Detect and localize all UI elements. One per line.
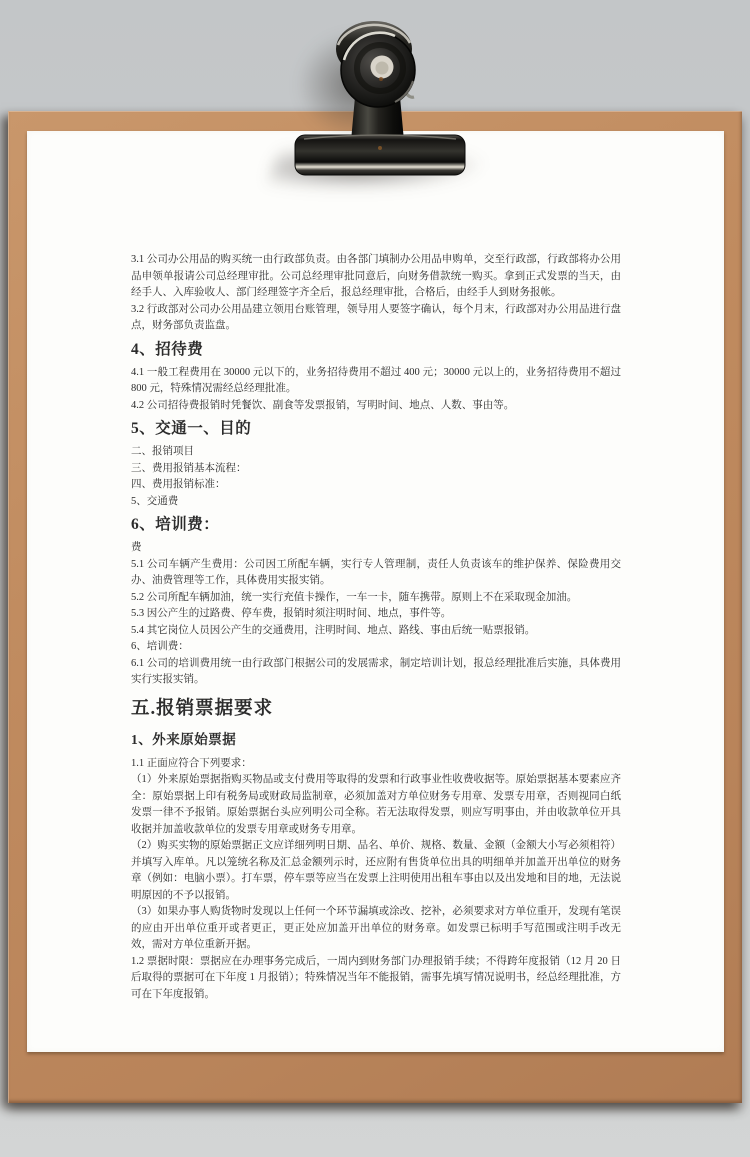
list-item: 三、费用报销基本流程： bbox=[131, 461, 621, 478]
section-heading-6: 6、培训费： bbox=[131, 514, 621, 536]
paragraph-item-3: （3）如果办事人购货物时发现以上任何一个环节漏填或涂改、挖补，必须要求对方单位重… bbox=[131, 904, 621, 954]
paragraph-6-1: 6.1 公司的培训费用统一由行政部门根据公司的发展需求，制定培训计划，报总经理批… bbox=[131, 656, 621, 689]
paragraph-1-2: 1.2 票据时限：票据应在办理事务完成后，一周内到财务部门办理报销手续；不得跨年… bbox=[131, 954, 621, 1004]
clip-bar bbox=[295, 135, 465, 175]
paragraph-3-2: 3.2 行政部对公司办公用品建立领用台账管理，领导用人要签字确认，每个月末，行政… bbox=[131, 302, 621, 335]
paragraph-5-4: 5.4 其它岗位人员因公产生的交通费用，注明时间、地点、路线、事由后统一贴票报销… bbox=[131, 623, 621, 640]
clipboard: 3.1 公司办公用品的购买统一由行政部负责。由各部门填制办公用品申购单，交至行政… bbox=[8, 111, 742, 1103]
paragraph-6: 6、培训费： bbox=[131, 639, 621, 656]
paragraph-item-2: （2）购买实物的原始票据正文应详细列明日期、品名、单价、规格、数量、金额（金额大… bbox=[131, 838, 621, 904]
paper-document: 3.1 公司办公用品的购买统一由行政部负责。由各部门填制办公用品申购单，交至行政… bbox=[27, 131, 724, 1052]
list-item: 5、交通费 bbox=[131, 494, 621, 511]
section-heading-5: 5、交通一、目的 bbox=[131, 418, 621, 440]
document-content: 3.1 公司办公用品的购买统一由行政部负责。由各部门填制办公用品申购单，交至行政… bbox=[131, 252, 621, 1042]
paragraph-4-1: 4.1 一般工程费用在 30000 元以下的，业务招待费用不超过 400 元；3… bbox=[131, 365, 621, 398]
paragraph-item-1: （1）外来原始票据指购买物品或支付费用等取得的发票和行政事业性收费收据等。原始票… bbox=[131, 772, 621, 838]
paragraph-1-1: 1.1 正面应符合下列要求： bbox=[131, 756, 621, 773]
list-item: 四、费用报销标准： bbox=[131, 477, 621, 494]
subsection-heading-1: 1、外来原始票据 bbox=[131, 730, 621, 750]
paragraph-5-2: 5.2 公司所配车辆加油，统一实行充值卡操作，一车一卡，随车携带。原则上不在采取… bbox=[131, 590, 621, 607]
list-item: 二、报销项目 bbox=[131, 444, 621, 461]
chapter-heading-5: 五.报销票据要求 bbox=[131, 696, 621, 722]
binder-clip-icon bbox=[294, 13, 466, 176]
paragraph-3-1: 3.1 公司办公用品的购买统一由行政部负责。由各部门填制办公用品申购单，交至行政… bbox=[131, 252, 621, 302]
paragraph-stray: 费 bbox=[131, 540, 621, 557]
paragraph-5-3: 5.3 因公产生的过路费、停车费，报销时须注明时间、地点，事件等。 bbox=[131, 606, 621, 623]
section-heading-4: 4、招待费 bbox=[131, 339, 621, 361]
paragraph-5-1: 5.1 公司车辆产生费用：公司因工所配车辆，实行专人管理制，责任人负责该车的维护… bbox=[131, 557, 621, 590]
paragraph-4-2: 4.2 公司招待费报销时凭餐饮、副食等发票报销，写明时间、地点、人数、事由等。 bbox=[131, 398, 621, 415]
